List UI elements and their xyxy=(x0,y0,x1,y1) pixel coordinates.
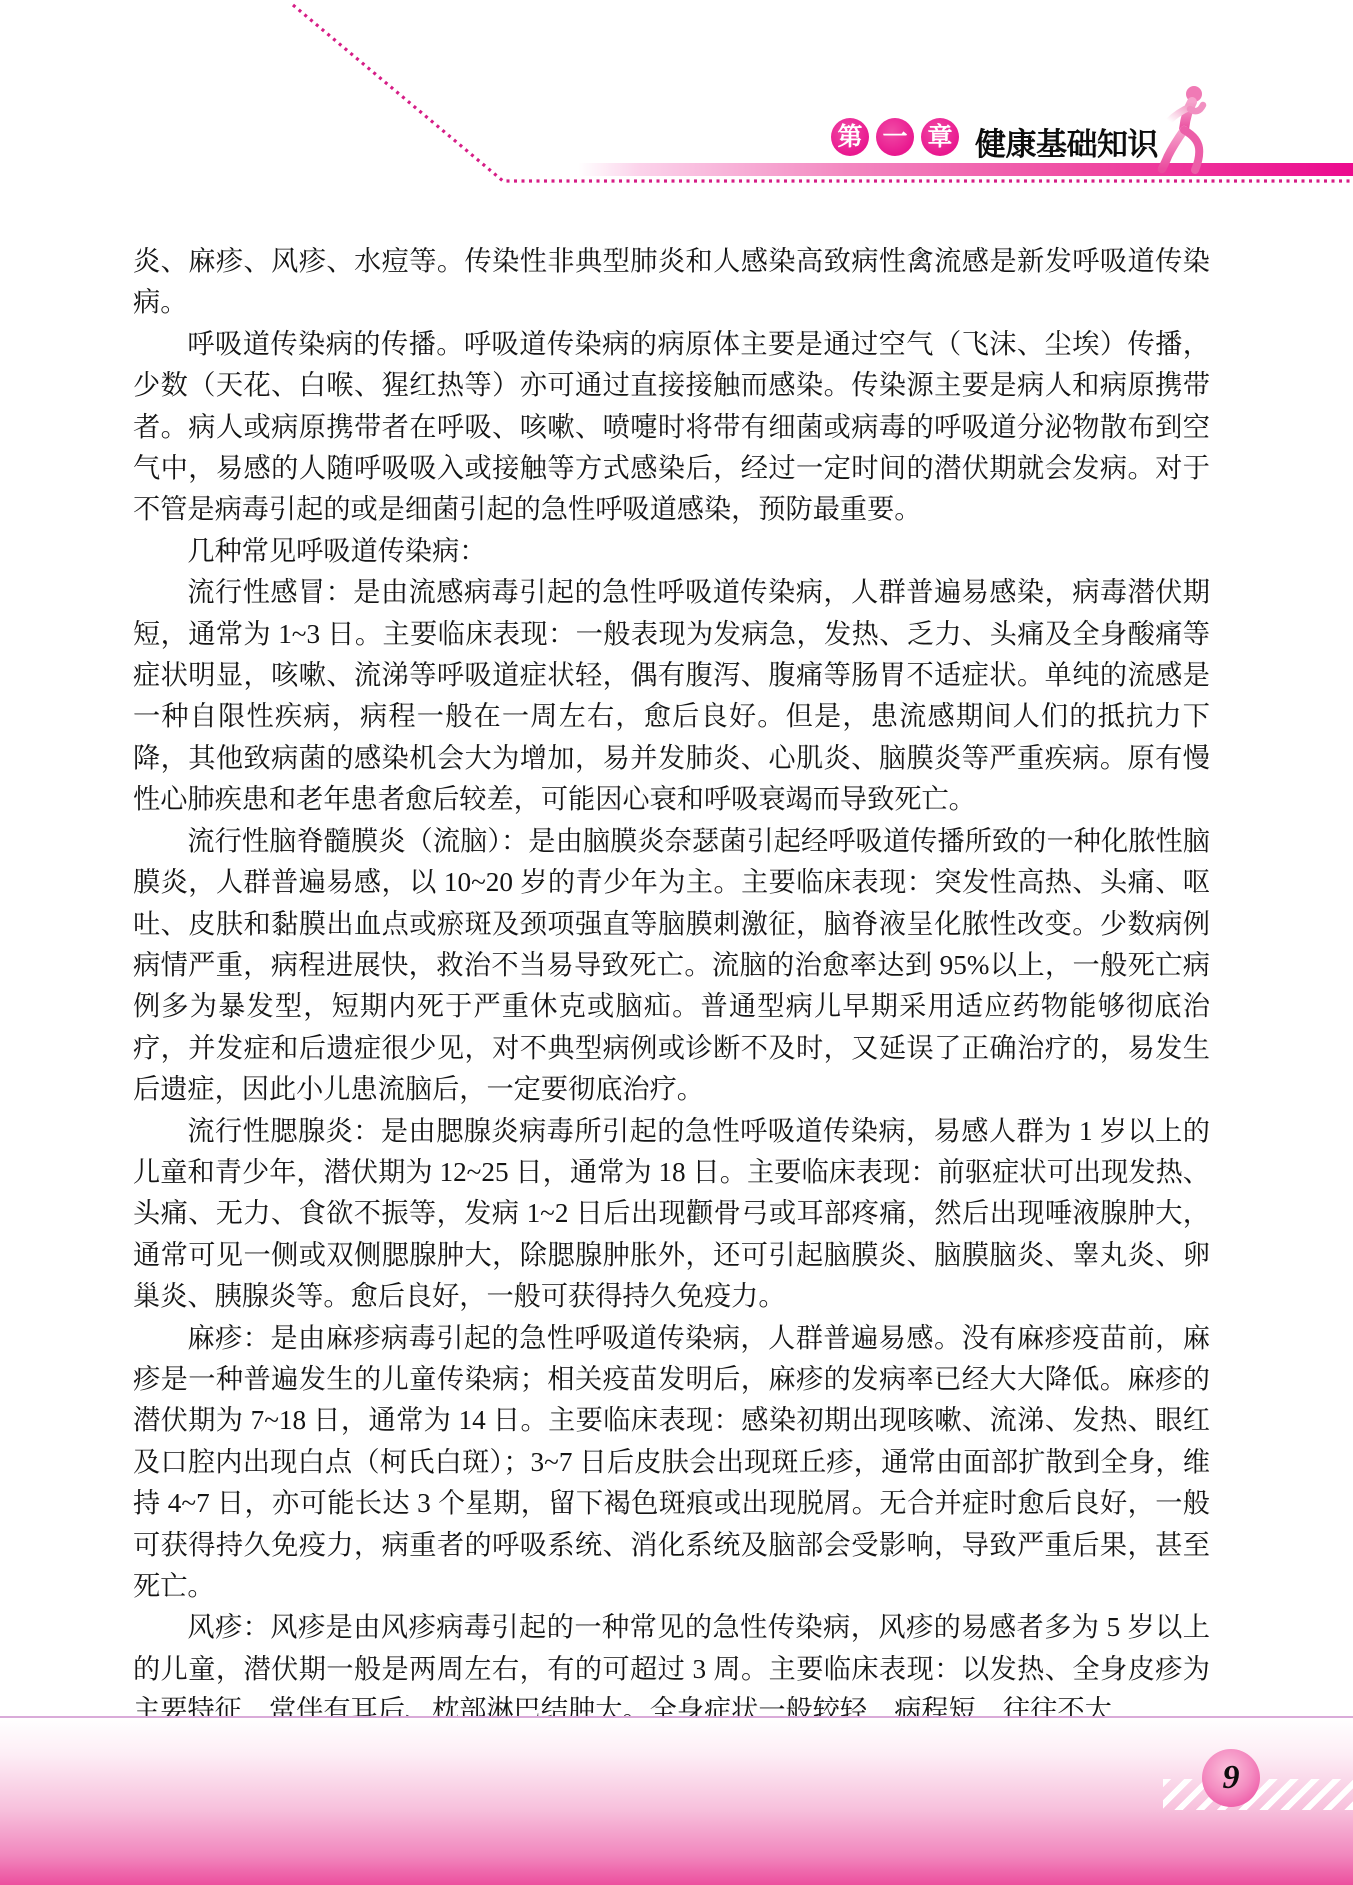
paragraph: 炎、麻疹、风疹、水痘等。传染性非典型肺炎和人感染高致病性禽流感是新发呼吸道传染病… xyxy=(133,241,1210,324)
paragraph: 麻疹：是由麻疹病毒引起的急性呼吸道传染病，人群普遍易感。没有麻疹疫苗前，麻疹是一… xyxy=(133,1318,1210,1608)
paragraph: 流行性脑脊髓膜炎（流脑）：是由脑膜炎奈瑟菌引起经呼吸道传播所致的一种化脓性脑膜炎… xyxy=(133,821,1210,1111)
paragraph: 流行性感冒：是由流感病毒引起的急性呼吸道传染病，人群普遍易感染，病毒潜伏期短，通… xyxy=(133,572,1210,820)
chapter-badge-char-1: 第 xyxy=(831,118,869,156)
runner-rear-leg xyxy=(1184,130,1199,170)
paragraph: 风疹：风疹是由风疹病毒引起的一种常见的急性传染病，风疹的易感者多为 5 岁以上的… xyxy=(133,1607,1210,1731)
runner-icon xyxy=(1156,84,1210,176)
body-text: 炎、麻疹、风疹、水痘等。传染性非典型肺炎和人感染高致病性禽流感是新发呼吸道传染病… xyxy=(133,241,1210,1732)
bottom-gradient-band: 9 xyxy=(0,1716,1353,1885)
page-number: 9 xyxy=(1223,1759,1240,1797)
paragraph: 几种常见呼吸道传染病： xyxy=(133,531,1210,572)
chapter-badge: 第 一 章 xyxy=(831,118,959,156)
chapter-title: 健康基础知识 xyxy=(975,119,1158,164)
runner-front-leg xyxy=(1162,130,1184,169)
paragraph: 流行性腮腺炎：是由腮腺炎病毒所引起的急性呼吸道传染病，易感人群为 1 岁以上的儿… xyxy=(133,1111,1210,1318)
chapter-badge-char-2: 一 xyxy=(876,118,914,156)
page-number-badge: 9 xyxy=(1202,1749,1260,1807)
chapter-badge-char-3: 章 xyxy=(921,118,959,156)
header-gradient-bar xyxy=(578,163,1353,176)
paragraph: 呼吸道传染病的传播。呼吸道传染病的病原体主要是通过空气（飞沫、尘埃）传播，少数（… xyxy=(133,324,1210,531)
book-page: 第 一 章 健康基础知识 炎、麻疹、风疹、水痘等。传染性非典型肺炎和人感染高致病… xyxy=(0,0,1353,1885)
